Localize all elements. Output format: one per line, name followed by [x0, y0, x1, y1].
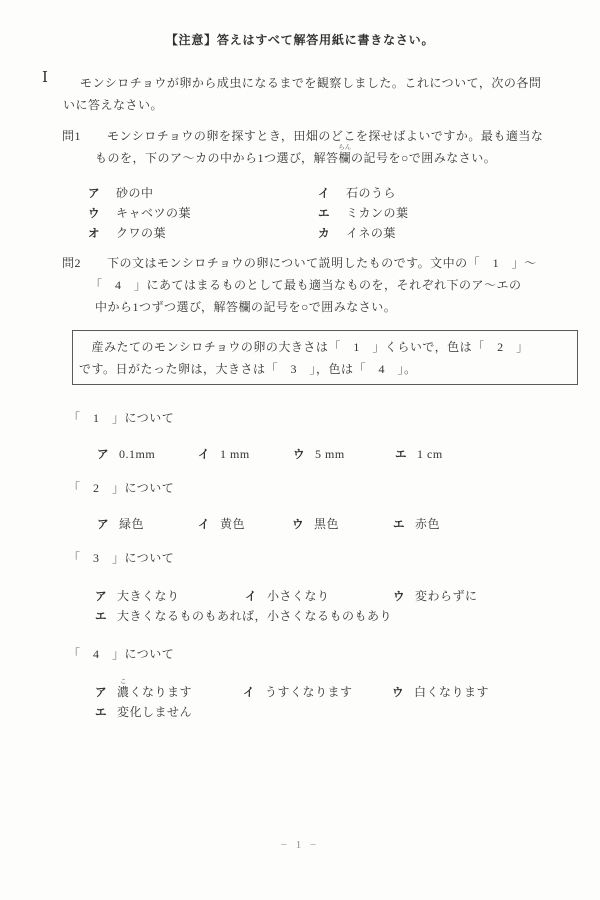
option-label: 5 mm — [315, 447, 345, 461]
sub2-option-i: イ黄色 — [198, 517, 245, 533]
sub2-option-a: ア緑色 — [97, 517, 144, 533]
option-label: 1 cm — [417, 447, 443, 461]
option-key: ア — [88, 188, 100, 200]
sub4-option-i: イうすくなります — [243, 685, 353, 701]
sub1-option-a: ア0.1mm — [97, 447, 155, 463]
q1-line2-part1: ものを，下のア～カの中から1つ選び，解答 — [95, 151, 339, 165]
q2-label: 問2 — [62, 256, 81, 271]
section-intro-line1: モンシロチョウが卵から成虫になるまでを観察しました。これについて，次の各問 — [80, 76, 541, 91]
option-label: 赤色 — [415, 517, 440, 531]
option-key: イ — [198, 519, 210, 531]
q1-line2-part2: の記号を○で囲みなさい。 — [351, 151, 496, 165]
option-key: エ — [95, 707, 107, 719]
option-key: ア — [95, 687, 107, 699]
q2-text-line2: 「 4 」にあてはまるものとして最も適当なものを，それぞれ下のア～エの — [90, 278, 522, 293]
furigana-ko: 濃こ — [117, 685, 130, 700]
q1-option-ka: カイネの葉 — [318, 226, 396, 242]
option-label: 大きくなるものもあれば，小さくなるものもあり — [117, 609, 392, 623]
q1-option-u: ウキャベツの葉 — [88, 206, 191, 222]
option-key: オ — [88, 228, 100, 240]
option-key: ア — [97, 449, 109, 461]
option-key: ア — [95, 591, 107, 603]
option-label: 緑色 — [119, 517, 144, 531]
q2-text-line1: 下の文はモンシロチョウの卵について説明したものです。文中の「 1 」～ — [107, 256, 537, 271]
sub2-heading: 「 2 」について — [68, 481, 174, 496]
box-line1: 産みたてのモンシロチョウの卵の大きさは「 1 」くらいで，色は「 2 」 — [79, 336, 573, 358]
sub3-option-u: ウ変わらずに — [393, 589, 478, 605]
q1-option-o: オクワの葉 — [88, 226, 166, 242]
option-label: 1 mm — [220, 447, 250, 461]
sub1-option-u: ウ5 mm — [293, 447, 345, 463]
q1-option-i: イ石のうら — [318, 186, 396, 202]
box-line2: です。日がたった卵は，大きさは「 3 」，色は「 4 」。 — [79, 358, 573, 380]
option-key: イ — [245, 591, 257, 603]
option-key: エ — [318, 208, 330, 220]
option-key: ウ — [392, 687, 404, 699]
section-numeral: Ⅰ — [42, 71, 48, 86]
sub2-option-e: エ赤色 — [393, 517, 440, 533]
notice-text: 【注意】答えはすべて解答用紙に書きなさい。 — [0, 33, 600, 48]
q1-label: 問1 — [62, 129, 81, 144]
q1-option-a: ア砂の中 — [88, 186, 154, 202]
sub2-option-u: ウ黒色 — [292, 517, 339, 533]
option-label: クワの葉 — [116, 226, 166, 240]
furigana-ran: 欄らん — [339, 151, 352, 166]
option-label: 黄色 — [220, 517, 245, 531]
q1-option-e: エミカンの葉 — [318, 206, 409, 222]
option-key: ウ — [88, 208, 100, 220]
sub4-option-u: ウ白くなります — [392, 685, 489, 701]
sub4-heading: 「 4 」について — [68, 647, 174, 662]
option-label: ミカンの葉 — [346, 206, 409, 220]
q1-text-line1: モンシロチョウの卵を探すとき，田畑のどこを探せばよいですか。最も適当な — [107, 129, 543, 144]
option-key: ウ — [393, 591, 405, 603]
sub3-heading: 「 3 」について — [68, 551, 174, 566]
option-label: 0.1mm — [119, 447, 155, 461]
option-key: エ — [95, 611, 107, 623]
sub4-option-e: エ変化しません — [95, 705, 192, 721]
option-key: ア — [97, 519, 109, 531]
sub3-option-a: ア大きくなり — [95, 589, 180, 605]
option-key: ウ — [292, 519, 304, 531]
option-key: エ — [393, 519, 405, 531]
sub3-option-e: エ大きくなるものもあれば，小さくなるものもあり — [95, 609, 392, 625]
sub1-option-e: エ1 cm — [395, 447, 443, 463]
option-label: 濃こくなります — [117, 685, 192, 699]
exam-page: 【注意】答えはすべて解答用紙に書きなさい。 Ⅰ モンシロチョウが卵から成虫になる… — [0, 0, 600, 900]
option-key: ウ — [293, 449, 305, 461]
option-key: イ — [198, 449, 210, 461]
option-label: 砂の中 — [116, 186, 154, 200]
page-number: − 1 − — [0, 838, 600, 853]
sub1-option-i: イ1 mm — [198, 447, 250, 463]
explanation-box: 産みたてのモンシロチョウの卵の大きさは「 1 」くらいで，色は「 2 」 です。… — [72, 330, 578, 385]
option-label: 石のうら — [346, 186, 396, 200]
option-label: キャベツの葉 — [116, 206, 191, 220]
option-label: 白くなります — [414, 685, 489, 699]
q1-text-line2: ものを，下のア～カの中から1つ選び，解答欄らんの記号を○で囲みなさい。 — [95, 151, 496, 166]
sub3-option-i: イ小さくなり — [245, 589, 330, 605]
option-label: イネの葉 — [346, 226, 396, 240]
option-label: 変化しません — [117, 705, 192, 719]
sub1-heading: 「 1 」について — [68, 411, 174, 426]
option-label: 大きくなり — [117, 589, 180, 603]
section-intro-line2: いに答えなさい。 — [63, 98, 163, 113]
q2-text-line3: 中から1つずつ選び，解答欄の記号を○で囲みなさい。 — [95, 300, 396, 315]
sub4-option-a: ア濃こくなります — [95, 685, 192, 701]
option-label: 黒色 — [314, 517, 339, 531]
option-label: 小さくなり — [267, 589, 330, 603]
option-key: エ — [395, 449, 407, 461]
option-label: うすくなります — [265, 685, 353, 699]
option-key: イ — [318, 188, 330, 200]
option-label: 変わらずに — [415, 589, 478, 603]
option-key: イ — [243, 687, 255, 699]
option-key: カ — [318, 228, 330, 240]
